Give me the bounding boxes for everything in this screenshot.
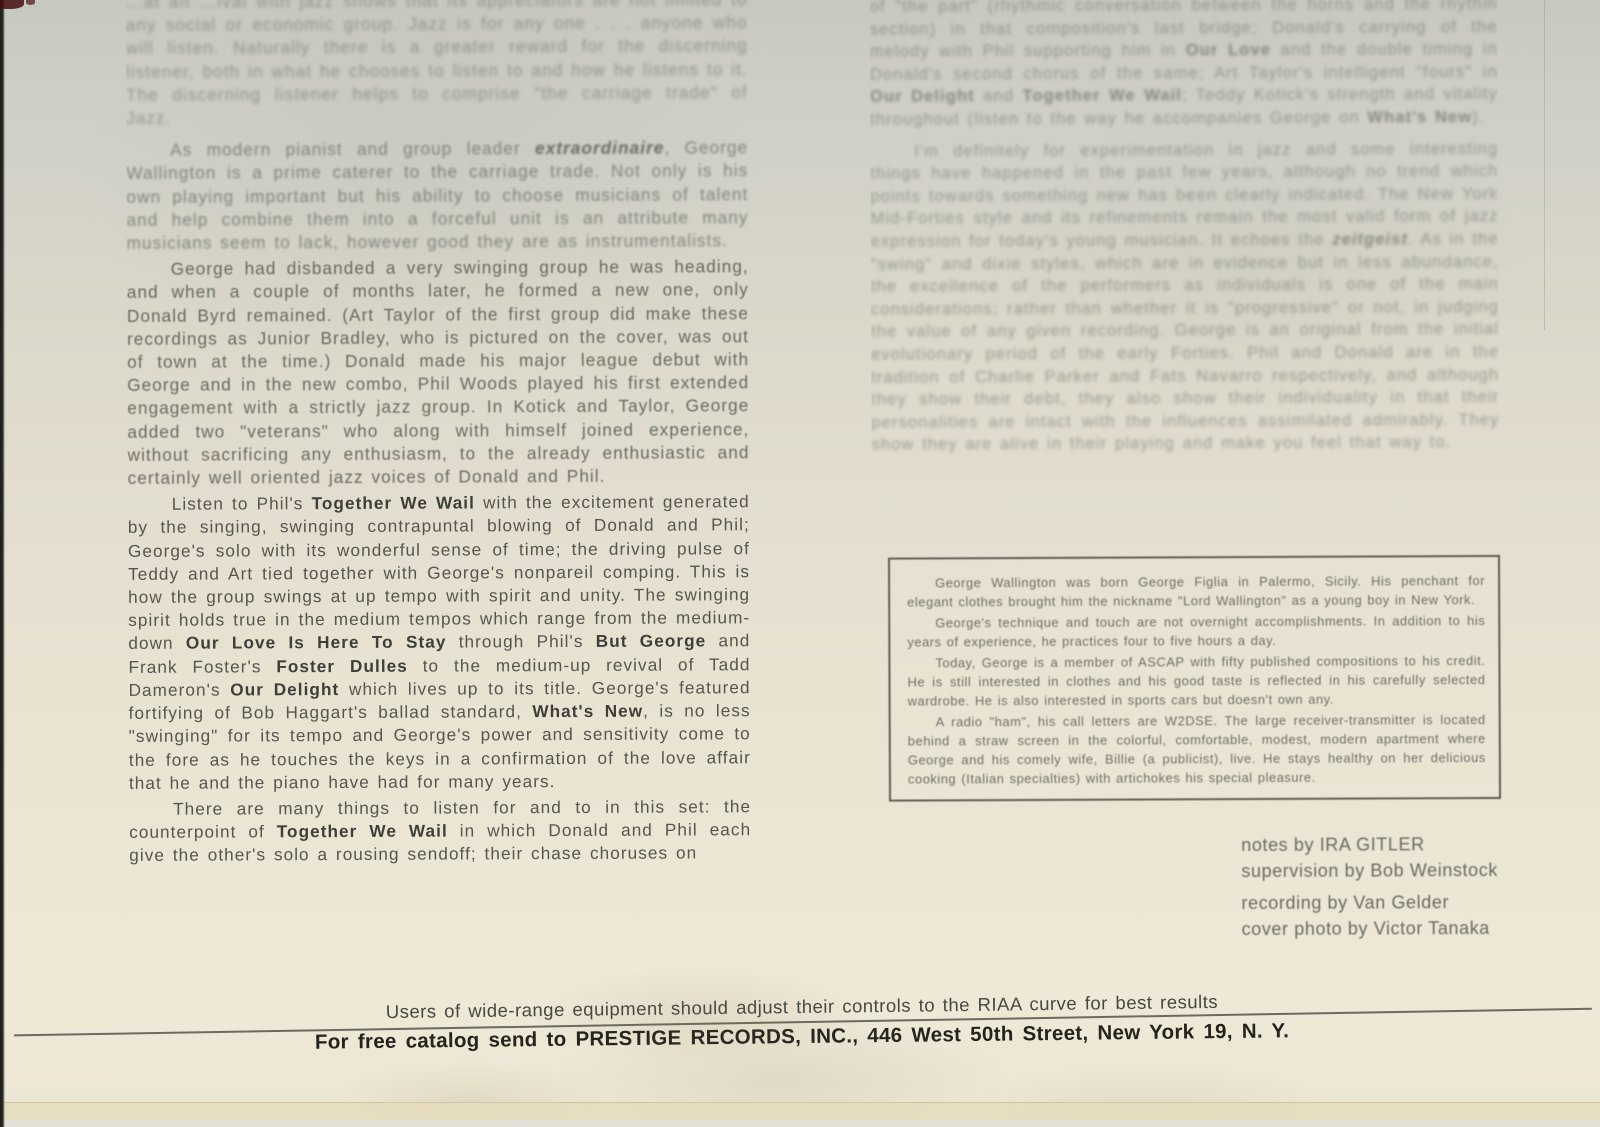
bottom-aged-paper-band [0, 1102, 1600, 1121]
paragraph: of "the part" (rhythmic conversation bet… [870, 0, 1499, 131]
emphasized-text: What's New [532, 701, 643, 721]
paper-fold-line [1544, 0, 1545, 330]
body-text: As modern pianist and group leader [170, 138, 535, 160]
body-text: …at an …ival with jazz shows that its ap… [125, 0, 747, 128]
body-text: George Wallington was born George Figlia… [907, 573, 1485, 610]
paragraph: I'm definitely for experimentation in ja… [870, 138, 1499, 457]
body-text: with the excitement generated by the sin… [128, 491, 750, 653]
bottom-scan-edge-band [0, 1120, 1600, 1127]
paragraph: George had disbanded a very swinging gro… [127, 255, 750, 490]
emphasized-text: Our Delight [870, 87, 975, 106]
left-scan-edge [0, 0, 5, 1127]
body-text: George had disbanded a very swinging gro… [127, 256, 750, 488]
emphasized-text: zeitgeist [1332, 229, 1408, 248]
paragraph: There are many things to listen for and … [129, 795, 751, 867]
paragraph: …at an …ival with jazz shows that its ap… [125, 0, 748, 130]
emphasized-text: Our Love Is Here To Stay [186, 632, 447, 653]
liner-notes-right-column: of "the part" (rhythmic conversation bet… [870, 0, 1500, 556]
album-back-cover-scan: …at an …ival with jazz shows that its ap… [0, 0, 1600, 1127]
emphasized-text: Together We Wail [277, 821, 448, 842]
paragraph: Today, George is a member of ASCAP with … [907, 651, 1485, 711]
top-left-red-dot [26, 0, 35, 5]
paragraph: A radio "ham", his call letters are W2DS… [908, 710, 1486, 789]
paragraph: George's technique and touch are not ove… [907, 611, 1485, 652]
biography-box: George Wallington was born George Figlia… [888, 555, 1501, 802]
body-text: ). [1472, 107, 1484, 126]
paragraph: As modern pianist and group leader extra… [126, 136, 749, 255]
credit-line: supervision by Bob Weinstock [1241, 857, 1498, 884]
liner-notes-left-column: …at an …ival with jazz shows that its ap… [125, 0, 751, 943]
credit-line: notes by IRA GITLER [1241, 832, 1498, 859]
body-text: through Phil's [446, 631, 595, 652]
emphasized-text: Our Delight [230, 679, 339, 699]
emphasized-text: Foster Dulles [276, 655, 408, 676]
body-text: George's technique and touch are not ove… [907, 613, 1485, 650]
credit-line: cover photo by Victor Tanaka [1242, 915, 1499, 942]
emphasized-text: Together We Wail [312, 493, 475, 514]
emphasized-text: What's New [1367, 107, 1472, 126]
body-text: A radio "ham", his call letters are W2DS… [908, 712, 1486, 787]
credits-block: notes by IRA GITLERsupervision by Bob We… [1241, 832, 1498, 942]
body-text: Listen to Phil's [172, 493, 312, 514]
body-text: Today, George is a member of ASCAP with … [907, 653, 1485, 709]
paragraph: George Wallington was born George Figlia… [907, 571, 1485, 612]
liner-notes-content: …at an …ival with jazz shows that its ap… [0, 0, 1600, 1127]
credit-line: recording by Van Gelder [1241, 890, 1498, 917]
body-text: and [975, 86, 1023, 105]
emphasized-text: Together We Wail [1022, 86, 1182, 106]
emphasized-text: But George [596, 631, 707, 651]
paragraph: Listen to Phil's Together We Wail with t… [128, 490, 751, 794]
emphasized-text: extraordinaire [535, 138, 664, 159]
body-text: . As in the "swing" and dixie styles, wh… [871, 229, 1500, 454]
emphasized-text: Our Love [1186, 40, 1271, 59]
